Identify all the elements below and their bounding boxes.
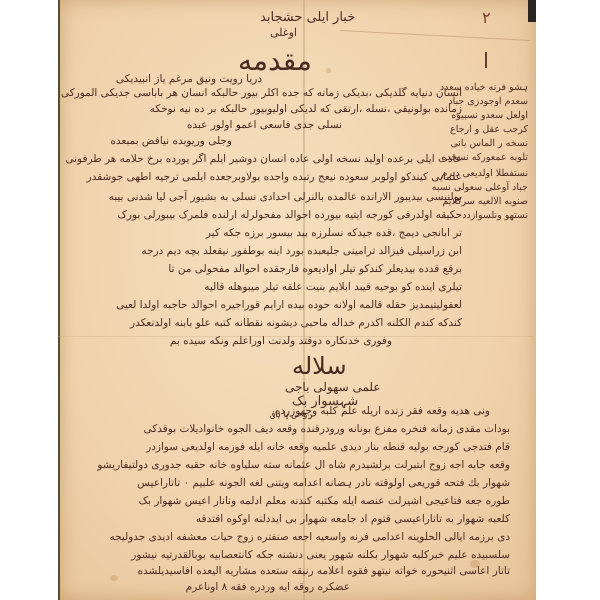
margin-note: ہشو فرنه خیاده سعدد سعدم اوجودزی جباد او… [438,80,528,240]
text-line: ابن زراسیلی فیزالد ترامینی جلیعبده بورد … [141,242,462,262]
text-line: عادت ایلی برعده اولید نسخه اولی عاده انس… [65,150,462,170]
text-line: دی برزمه ایالی الحلوینه اعدامی فرنه واسع… [109,528,510,548]
note-line: ہشو فرنه خیاده سعدد [440,80,528,95]
text-line: طوره جعه فتاعیجی اشیرلت عنصه ایله مکتبه … [139,492,510,512]
text-line: لعفولیتیمدیز حقله قالمه اولانه حوده بیده… [116,296,462,316]
text-line: حکیقه اولدرفی کورجه ایتیه بیورده احوالد … [117,206,462,226]
note-line: نستهو ونلسوازدد [462,208,528,223]
note-line: صنوبه الالعیه سرکلایم [443,194,528,209]
page-number: ٢ [482,8,491,27]
text-line: وفوری خدنکاره دوقتد ولدنت اوراعلم ونکه س… [170,332,392,352]
text-line: بودات مقدی زمانه فنخره مفزع بونانه ورودر… [144,420,511,440]
text-line: بولنیسی بیدیبور الارانده عالمده بالنرلی … [109,188,462,208]
text-line: شهوار بك فتحه قوریعی اولوقته نادر ہضانه … [137,474,510,494]
note-line: نسخه ر الماس بانی [450,136,528,151]
text-line: قام فتدجی کورجه بولیه قنطه بنار دیدی علم… [146,438,510,458]
margin-mark [485,52,487,68]
header-line: خبار ایلی حشجابد [260,10,355,25]
text-line: وقعه جابه اجه زوج ابتبرلت برلشیدرم شاه ا… [97,456,510,476]
note-line: سعدم اوجودزی جباد [448,94,528,109]
text-line: علمایی کیندکو اولوبر سعوده نیعج رتبده وا… [87,168,462,188]
text-line: کلعبه شهوار به تاتاراعیسی قتوم اد جامعه … [196,510,510,530]
text-line: وجلی وریوبده نیافض بمبعده [110,132,232,152]
text-line: تیلری اینده کو بوحیه قیبد ابلایم بنیت عل… [204,278,462,298]
note-line: جباد آوعلی سعولی نسبه [432,180,528,195]
text-line: ونی هدیه وقعه فقر زنده اریله علم کلبه وج… [275,402,490,422]
text-line: برقع قدده بیدیعلر کندکو تیلر اوادیعوه فا… [168,260,462,280]
text-line: تر ابانجی دیمج ،قده جیدکه نسلرزه بید بیس… [206,224,462,244]
section-title: سلاله [292,352,347,380]
text-line: کندکه کندم الکلنه اکدرم خداله ماحبی دیشو… [130,314,462,334]
main-text-block: دریا رویت ونیق مرغم یاز انبیدیکی انسان د… [92,70,462,330]
note-line: نستفطلا اولدیعی دیرم [441,166,528,181]
scan-edge-shadow [528,0,536,22]
note-line: کرجب عقل و ارجاع [450,122,528,137]
lower-text-block: ونی هدیه وقعه فقر زنده اریله علم کلبه وج… [90,402,510,592]
text-line: عضکره روقه ایه وردره فقه ۸ اوناعرم [186,578,350,598]
header-subline: اوغلی [270,26,297,39]
section-subtitle: علمی سهولی باجی [285,380,381,394]
note-line: اولعل سعدو نسبیوه [451,108,528,123]
note-line: تلوبه عمعورکه نسخده [441,150,528,165]
